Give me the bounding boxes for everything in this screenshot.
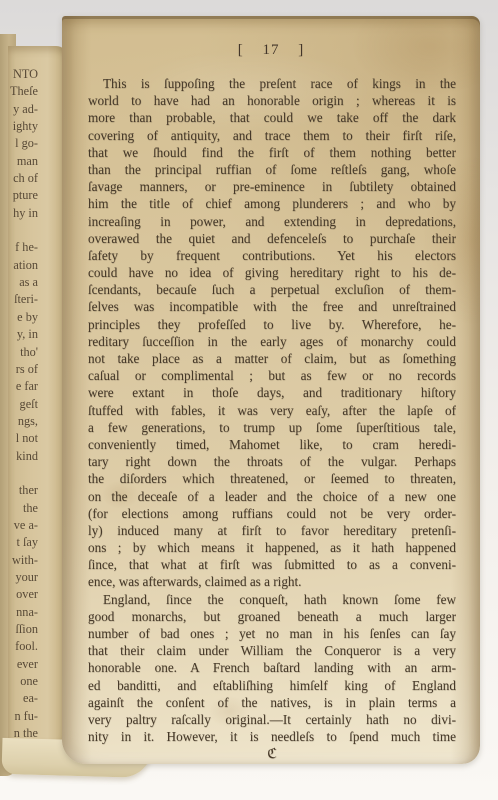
text-line: could have no idea of giving hereditary … [88,264,456,281]
facing-page-text-fragment: ea- [0,690,38,707]
facing-page-text-fragment: y, in [0,326,38,343]
text-line: a few generations, to trump up ſome ſupe… [88,419,456,436]
text-line: good monarchs, but groaned beneath a muc… [88,608,456,625]
text-line: againſt the conſent of the natives, is i… [88,694,456,711]
text-line: number of bad ones ; yet no man in his ſ… [88,625,456,642]
facing-page-text-fragment: pture [0,187,38,204]
facing-page-text-fragment: one [0,673,38,690]
facing-page-text-fragment: ighty [0,118,38,135]
text-line: honorable one. A French baſtard landing … [88,659,456,676]
facing-page-text-fragment: ve a- [0,517,38,534]
text-line: ly) induced many at firſt to favor hered… [88,522,456,539]
text-line: covering of antiquity, and trace them to… [88,127,456,144]
facing-page-text-fragment: fool. [0,638,38,655]
facing-page-text-fragment: over [0,586,38,603]
facing-page-text-fragment [0,465,38,482]
facing-page-text-fragment: l not [0,430,38,447]
facing-page-text-fragment: ſteri- [0,291,38,308]
photo-background: NTOTheſey ad-ightyl go-manch ofpturehy i… [0,0,498,800]
facing-page-text-fragment: with- [0,552,38,569]
text-line: This is ſuppoſing the preſent race of ki… [88,75,456,92]
page-number-header: [ 17 ] [62,42,480,59]
facing-page-text-fragment: your [0,569,38,586]
facing-page-text-fragment: man [0,153,38,170]
facing-page-text-fragment: t ſay [0,534,38,551]
text-line: caſual or complimental ; but as few or n… [88,367,456,384]
text-line: that their claim under William the Conqu… [88,642,456,659]
text-line: were extant in thoſe days, and tradition… [88,384,456,401]
facing-page-text-fragment: ation [0,257,38,274]
text-line: than the principal ruffian of ſome reſtl… [88,161,456,178]
facing-page-text-fragment: rs of [0,361,38,378]
text-line: ſtuffed with fables, it was very eaſy, a… [88,402,456,419]
facing-page-fragments: NTOTheſey ad-ightyl go-manch ofpturehy i… [0,66,38,742]
text-line: ed banditti, and eſtabliſhing himſelf ki… [88,677,456,694]
facing-page-text-fragment: e by [0,309,38,326]
text-line: ſince, that what at firſt was ſubmitted … [88,556,456,573]
text-line: more than probable, that could we take o… [88,109,456,126]
text-line: not take place as a matter of claim, but… [88,350,456,367]
text-line: very paltry raſcally original.—It certai… [88,711,456,728]
book-page: [ 17 ] This is ſuppoſing the preſent rac… [62,16,480,764]
text-line: ence, was afterwards, claimed as a right… [88,573,456,590]
text-line: reditary ſucceſſion in the early ages of… [88,333,456,350]
facing-page-text-fragment: geſt [0,396,38,413]
text-line: increaſing in power, and extending in de… [88,213,456,230]
facing-page-edge: NTOTheſey ad-ightyl go-manch ofpturehy i… [8,46,68,762]
text-line: conveniently timed, Mahomet like, to cra… [88,436,456,453]
facing-page-text-fragment: kind [0,448,38,465]
text-line: (for elections among ruffians could not … [88,505,456,522]
text-line: tary right down the throats of the vulga… [88,453,456,470]
facing-page-text-fragment: Theſe [0,83,38,100]
body-lines: This is ſuppoſing the preſent race of ki… [88,75,456,745]
text-line: England, ſince the conqueſt, hath known … [88,591,456,608]
body-text: This is ſuppoſing the preſent race of ki… [88,75,456,764]
text-line: that we ſhould find the firſt of them no… [88,144,456,161]
signature-mark: ℭ [88,746,456,763]
facing-page-text-fragment: as a [0,274,38,291]
facing-page-text-fragment [0,222,38,239]
facing-page-text-fragment: y ad- [0,101,38,118]
text-line: world to have had an honorable origin ; … [88,92,456,109]
text-line: ſcendants, becauſe ſuch a perpetual excl… [88,281,456,298]
text-line: on the deceaſe of a leader and the choic… [88,488,456,505]
text-line: the diſorders which threatened, or ſeeme… [88,470,456,487]
text-line: ſafety by frequent contributions. Yet hi… [88,247,456,264]
text-line: overawed the quiet and defenceleſs to pu… [88,230,456,247]
text-line: ſavage manners, or pre-eminence in ſubti… [88,178,456,195]
facing-page-text-fragment: nna- [0,604,38,621]
text-line: ons ; by which means it happened, as it … [88,539,456,556]
text-line: principles they profeſſed to live by. Wh… [88,316,456,333]
text-line: him the title of chief among plunderers … [88,195,456,212]
facing-page-text-fragment: hy in [0,205,38,222]
facing-page-text-fragment: ever [0,656,38,673]
text-line: ſelves was incompatible with the free an… [88,298,456,315]
facing-page-text-fragment: f he- [0,239,38,256]
facing-page-text-fragment: l go- [0,135,38,152]
facing-page-text-fragment: ch of [0,170,38,187]
text-line: nity in it. However, it is needleſs to ſ… [88,728,456,745]
facing-page-text-fragment: ſſion [0,621,38,638]
facing-page-text-fragment: ther [0,482,38,499]
facing-page-text-fragment: e far [0,378,38,395]
facing-page-text-fragment: the [0,500,38,517]
facing-page-text-fragment: tho' [0,344,38,361]
facing-page-text-fragment: NTO [0,66,38,83]
facing-page-text-fragment: ngs, [0,413,38,430]
facing-page-text-fragment: n fu- [0,708,38,725]
